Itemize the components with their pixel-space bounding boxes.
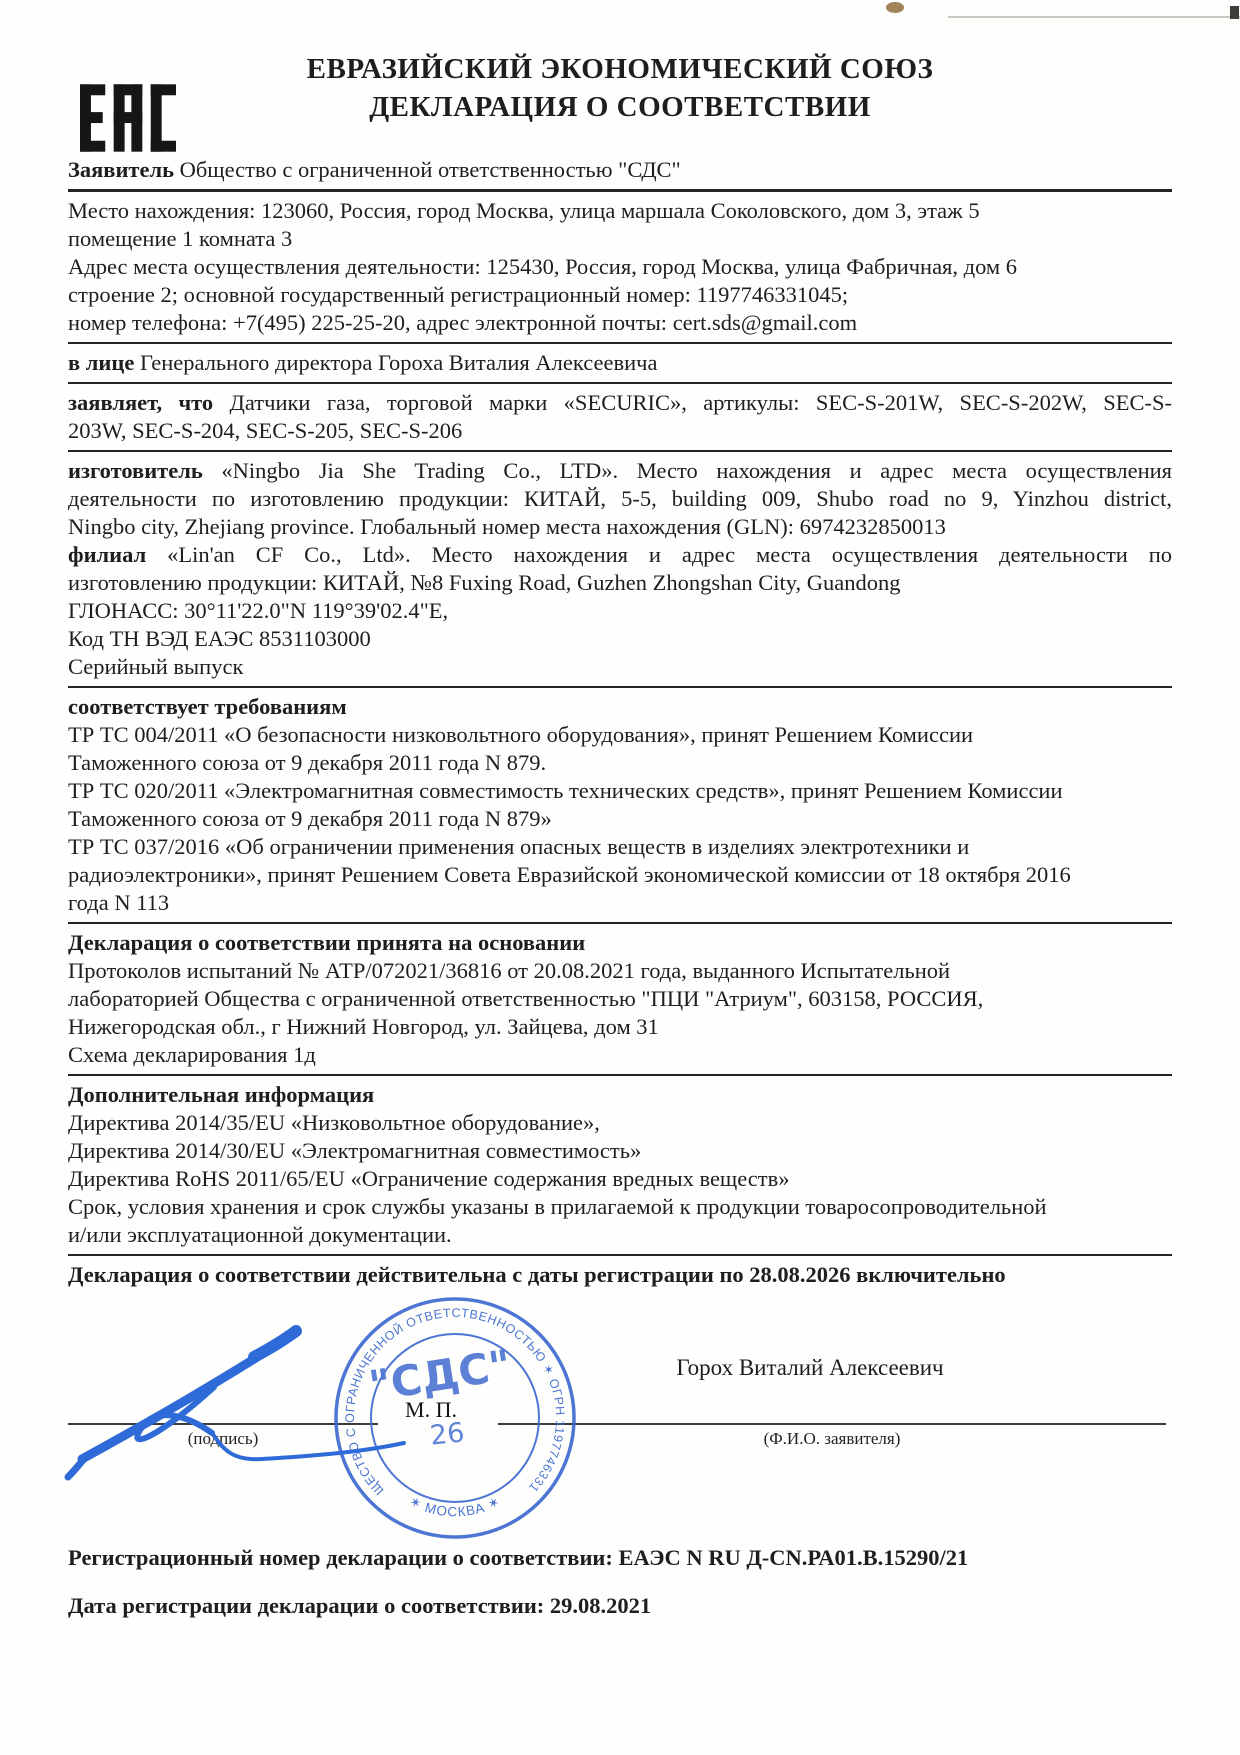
applicant-label: Заявитель bbox=[68, 157, 174, 182]
compliance-block: ТР ТС 004/2011 «О безопасности низковоль… bbox=[68, 721, 1172, 917]
declarant-name: Горох Виталий Алексеевич bbox=[630, 1355, 990, 1381]
manufacturer-text-line: Ningbo city, Zhejiang province. Глобальн… bbox=[68, 513, 1172, 541]
document-title-line2: ДЕКЛАРАЦИЯ О СООТВЕТСТВИИ bbox=[68, 88, 1172, 126]
serial-line: Серийный выпуск bbox=[68, 653, 1172, 681]
document-title-line1: ЕВРАЗИЙСКИЙ ЭКОНОМИЧЕСКИЙ СОЮЗ bbox=[68, 50, 1172, 88]
divider bbox=[68, 1254, 1172, 1256]
additional-info-line: Директива 2014/30/EU «Электромагнитная с… bbox=[68, 1137, 1172, 1165]
validity-statement: Декларация о соответствии действительна … bbox=[68, 1261, 1172, 1289]
branch-row: филиал «Lin'an CF Co., Ltd». Место нахож… bbox=[68, 541, 1172, 569]
applicant-row: Заявитель Общество с ограниченной ответс… bbox=[68, 156, 1172, 184]
compliance-line: ТР ТС 037/2016 «Об ограничении применени… bbox=[68, 833, 1172, 861]
document-header: ЕВРАЗИЙСКИЙ ЭКОНОМИЧЕСКИЙ СОЮЗ ДЕКЛАРАЦИ… bbox=[68, 50, 1172, 126]
name-caption: (Ф.И.О. заявителя) bbox=[498, 1429, 1166, 1449]
manufacturer-text-line: «Ningbo Jia She Trading Co., LTD». Место… bbox=[221, 458, 1172, 483]
address-line: номер телефона: +7(495) 225-25-20, адрес… bbox=[68, 309, 1172, 337]
compliance-line: ТР ТС 004/2011 «О безопасности низковоль… bbox=[68, 721, 1172, 749]
registration-footer: Регистрационный номер декларации о соотв… bbox=[68, 1544, 1172, 1620]
compliance-line: Таможенного союза от 9 декабря 2011 года… bbox=[68, 749, 1172, 777]
additional-info-heading: Дополнительная информация bbox=[68, 1081, 1172, 1109]
basis-block: Протоколов испытаний № АТР/072021/36816 … bbox=[68, 957, 1172, 1069]
declares-block: заявляет, что Датчики газа, торговой мар… bbox=[68, 389, 1172, 445]
branch-text-line: «Lin'an CF Co., Ltd». Место нахождения и… bbox=[167, 542, 1172, 567]
glonass-line: ГЛОНАСС: 30°11'22.0"N 119°39'02.4"E, bbox=[68, 597, 1172, 625]
divider bbox=[68, 382, 1172, 384]
manufacturer-label: изготовитель bbox=[68, 458, 203, 483]
declaration-scheme-line: Схема декларирования 1д bbox=[68, 1041, 1172, 1069]
basis-line: Нижегородская обл., г Нижний Новгород, у… bbox=[68, 1013, 1172, 1041]
additional-info-line: Директива RoHS 2011/65/EU «Ограничение с… bbox=[68, 1165, 1172, 1193]
manufacturer-row: изготовитель «Ningbo Jia She Trading Co.… bbox=[68, 457, 1172, 485]
address-line: Адрес места осуществления деятельности: … bbox=[68, 253, 1172, 281]
declares-text-line: 203W, SEC-S-204, SEC-S-205, SEC-S-206 bbox=[68, 417, 1172, 445]
applicant-text: Общество с ограниченной ответственностью… bbox=[180, 157, 681, 182]
eac-mark-icon bbox=[80, 76, 176, 160]
divider bbox=[68, 1074, 1172, 1076]
registration-number-line: Регистрационный номер декларации о соотв… bbox=[68, 1544, 1172, 1572]
divider bbox=[68, 922, 1172, 924]
manufacturer-block: изготовитель «Ningbo Jia She Trading Co.… bbox=[68, 457, 1172, 681]
address-line: Место нахождения: 123060, Россия, город … bbox=[68, 197, 1172, 225]
compliance-line: года N 113 bbox=[68, 889, 1172, 917]
signature-area: (подпись) (Ф.И.О. заявителя) Горох Витал… bbox=[68, 1293, 1172, 1508]
footer-gap bbox=[68, 1572, 1172, 1592]
divider bbox=[68, 342, 1172, 344]
person-label: в лице bbox=[68, 350, 134, 375]
basis-line: лабораторией Общества с ограниченной отв… bbox=[68, 985, 1172, 1013]
divider bbox=[68, 686, 1172, 688]
name-line bbox=[498, 1423, 1166, 1425]
additional-info-line: Срок, условия хранения и срок службы ука… bbox=[68, 1193, 1172, 1221]
divider bbox=[68, 189, 1172, 192]
basis-line: Протоколов испытаний № АТР/072021/36816 … bbox=[68, 957, 1172, 985]
divider bbox=[68, 450, 1172, 452]
address-block: Место нахождения: 123060, Россия, город … bbox=[68, 197, 1172, 337]
branch-text-line: изготовлению продукции: КИТАЙ, №8 Fuxing… bbox=[68, 569, 1172, 597]
address-line: строение 2; основной государственный рег… bbox=[68, 281, 1172, 309]
declares-label: заявляет, что bbox=[68, 390, 213, 415]
additional-info-line: и/или эксплуатационной документации. bbox=[68, 1221, 1172, 1249]
compliance-line: радиоэлектроники», принят Решением Совет… bbox=[68, 861, 1172, 889]
compliance-line: Таможенного союза от 9 декабря 2011 года… bbox=[68, 805, 1172, 833]
basis-heading: Декларация о соответствии принята на осн… bbox=[68, 929, 1172, 957]
manufacturer-text-line: деятельности по изготовлению продукции: … bbox=[68, 485, 1172, 513]
person-row: в лице Генерального директора Гороха Вит… bbox=[68, 349, 1172, 377]
declaration-page: ЕВРАЗИЙСКИЙ ЭКОНОМИЧЕСКИЙ СОЮЗ ДЕКЛАРАЦИ… bbox=[0, 0, 1240, 1755]
additional-info-line: Директива 2014/35/EU «Низковольтное обор… bbox=[68, 1109, 1172, 1137]
handwritten-signature bbox=[62, 1307, 482, 1512]
declares-text-line: Датчики газа, торговой марки «SECURIC», … bbox=[230, 390, 1172, 415]
registration-date-line: Дата регистрации декларации о соответств… bbox=[68, 1592, 1172, 1620]
branch-label: филиал bbox=[68, 542, 146, 567]
person-text: Генерального директора Гороха Виталия Ал… bbox=[140, 350, 657, 375]
declares-row: заявляет, что Датчики газа, торговой мар… bbox=[68, 389, 1172, 417]
compliance-heading: соответствует требованиям bbox=[68, 693, 1172, 721]
tnved-code-line: Код ТН ВЭД ЕАЭС 8531103000 bbox=[68, 625, 1172, 653]
address-line: помещение 1 комната 3 bbox=[68, 225, 1172, 253]
compliance-line: ТР ТС 020/2011 «Электромагнитная совмест… bbox=[68, 777, 1172, 805]
additional-info-block: Директива 2014/35/EU «Низковольтное обор… bbox=[68, 1109, 1172, 1249]
